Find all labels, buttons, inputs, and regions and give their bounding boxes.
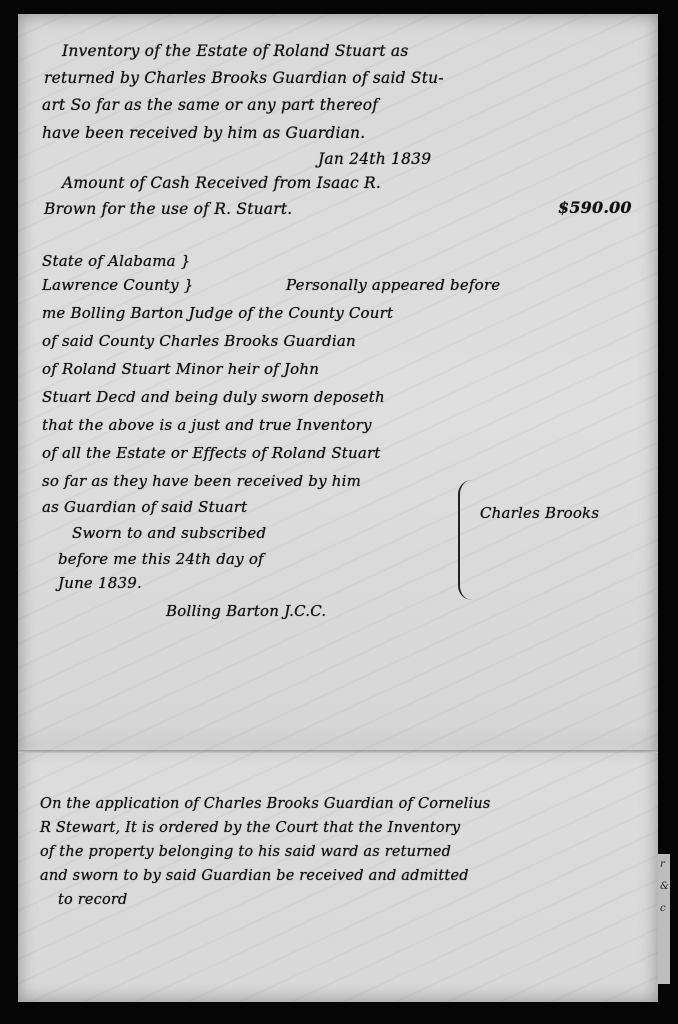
court-order-line-3: of the property belonging to his said wa…	[40, 844, 451, 860]
affidavit-line-9: as Guardian of said Stuart	[42, 498, 247, 516]
inventory-line-1: Inventory of the Estate of Roland Stuart…	[62, 42, 409, 60]
affidavit-line-2: me Bolling Barton Judge of the County Co…	[42, 304, 393, 322]
margin-mark: &	[658, 876, 670, 898]
underlying-page-edge: r & c	[658, 854, 670, 984]
court-order-line-5: to record	[58, 892, 128, 908]
affidavit-line-8: so far as they have been received by him	[42, 472, 361, 490]
margin-mark: c	[658, 898, 670, 920]
court-order-line-4: and sworn to by said Guardian be receive…	[40, 868, 469, 884]
inventory-date: Jan 24th 1839	[318, 150, 431, 168]
inventory-line-4: have been received by him as Guardian.	[42, 124, 365, 142]
affidavit-line-5: Stuart Decd and being duly sworn deposet…	[42, 388, 385, 406]
affidavit-line-1: Personally appeared before	[286, 276, 500, 294]
signature-brace	[458, 480, 474, 600]
inventory-item-line-1: Amount of Cash Received from Isaac R.	[62, 174, 381, 192]
document-page: Inventory of the Estate of Roland Stuart…	[18, 14, 658, 1002]
inventory-line-2: returned by Charles Brooks Guardian of s…	[44, 69, 444, 87]
inventory-item-line-2: Brown for the use of R. Stuart.	[44, 200, 292, 218]
judge-signature: Bolling Barton J.C.C.	[166, 602, 326, 620]
court-order-line-1: On the application of Charles Brooks Gua…	[40, 796, 491, 812]
affidavit-line-6: that the above is a just and true Invent…	[42, 416, 372, 434]
venue-county: Lawrence County }	[42, 276, 194, 294]
jurat-line-1: Sworn to and subscribed	[72, 524, 266, 542]
affidavit-line-4: of Roland Stuart Minor heir of John	[42, 360, 319, 378]
inventory-line-3: art So far as the same or any part there…	[42, 96, 378, 114]
margin-mark: r	[658, 854, 670, 876]
page-fold	[18, 750, 658, 753]
affidavit-line-3: of said County Charles Brooks Guardian	[42, 332, 356, 350]
jurat-line-3: June 1839.	[58, 574, 142, 592]
inventory-amount: $590.00	[558, 198, 632, 217]
jurat-line-2: before me this 24th day of	[58, 550, 264, 568]
court-order-line-2: R Stewart, It is ordered by the Court th…	[40, 820, 460, 836]
guardian-signature: Charles Brooks	[480, 504, 599, 522]
venue-state: State of Alabama }	[42, 252, 190, 270]
affidavit-line-7: of all the Estate or Effects of Roland S…	[42, 444, 381, 462]
